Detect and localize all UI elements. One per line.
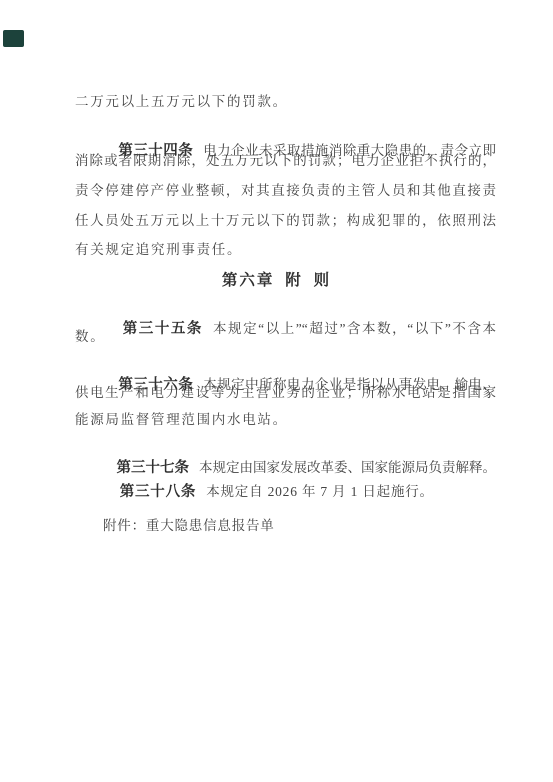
body-line: 责令停建停产停业整顿，对其直接负责的主管人员和其他直接责 <box>75 181 496 201</box>
article-38-text: 本规定自 2026 年 7 月 1 日起施行。 <box>206 484 434 499</box>
article-35-text: 本规定“以上”“超过”含本数，“以下”不含本 <box>213 321 496 336</box>
article-35-line: 第三十五条本规定“以上”“超过”含本数，“以下”不含本 <box>103 299 496 359</box>
article-38-line: 第三十八条本规定自 2026 年 7 月 1 日起施行。 <box>103 462 496 522</box>
body-line: 二万元以上五万元以下的罚款。 <box>75 92 288 112</box>
page-corner-marker <box>3 30 24 47</box>
body-line: 有关规定追究刑事责任。 <box>75 240 242 260</box>
body-line: 消除或者限期消除，处五万元以下的罚款；电力企业拒不执行的， <box>75 151 496 171</box>
attachment-note: 附件：重大隐患信息报告单 <box>103 516 496 536</box>
body-line: 供电生产和电力建设等为主营业务的企业；所称水电站是指国家 <box>75 383 496 403</box>
document-page: 二万元以上五万元以下的罚款。 第三十四条电力企业未采取措施消除重大隐患的，责令立… <box>0 0 553 782</box>
body-line: 能源局监督管理范围内水电站。 <box>75 410 288 430</box>
article-35-term: 第三十五条 <box>123 321 203 337</box>
body-line: 任人员处五万元以上十万元以下的罚款；构成犯罪的，依照刑法 <box>75 211 496 231</box>
article-38-term: 第三十八条 <box>120 484 197 500</box>
chapter-heading: 第六章 附 则 <box>0 271 553 291</box>
body-line: 数。 <box>75 327 105 347</box>
